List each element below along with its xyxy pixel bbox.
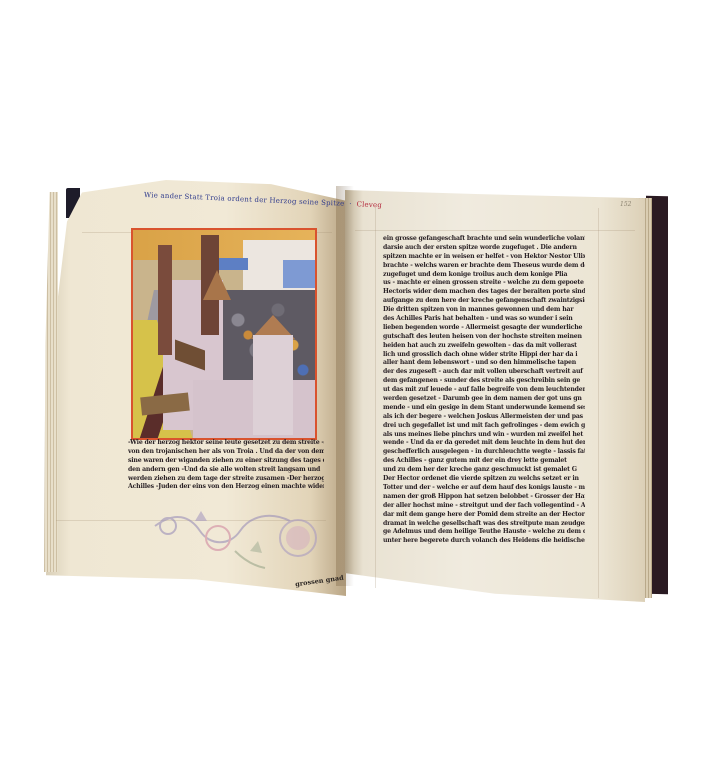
text-line: mende - und ein gesige in dem Stant unde… <box>383 404 585 413</box>
text-line: lich und grosslich dach ohne wider strit… <box>383 351 585 360</box>
text-line: geschefferlich ausgelegen - in durchleuc… <box>383 448 585 457</box>
text-line: ge Adelmus und dem heilige Teuthe Hauste… <box>383 528 585 537</box>
text-line: -Wie der herzog hektor seine leute geset… <box>128 439 324 448</box>
text-line: dem gefangenen - sunder des streite als … <box>383 377 585 386</box>
left-page-stack <box>44 192 58 572</box>
text-line: Der Hector ordenet die vierde spitzen zu… <box>383 475 585 484</box>
miniature-tower <box>158 245 172 355</box>
text-line: als uns meines liebe pinchrs und win - w… <box>383 431 585 440</box>
text-line: werden ziehen zu dem tage der streite zu… <box>128 475 324 484</box>
text-line: gutschaft des leuten heisen von der hoch… <box>383 333 585 342</box>
text-line: zugefuget und dem konige troilus auch de… <box>383 271 585 280</box>
text-line: als ich der begere - welchen Joskus Alle… <box>383 413 585 422</box>
manuscript-photo: Wie ander Statt Troia ordent der Herzog … <box>0 0 710 780</box>
miniature-tower <box>253 335 293 435</box>
text-line: Die dritten spitzen von in mannes gewonn… <box>383 306 585 315</box>
text-line: der aller hochst mine - streitgut und de… <box>383 502 585 511</box>
text-line: den andern gen -Und da sie alle wolten s… <box>128 466 324 475</box>
text-line: lieben begenden worde - Allermeist gesag… <box>383 324 585 333</box>
text-line: der des zugeseft - auch dar mit vollen u… <box>383 368 585 377</box>
text-line: unter here begerete durch volanch des He… <box>383 537 585 546</box>
text-line: des Achilles Paris hat behalten - und wa… <box>383 315 585 324</box>
book-gutter <box>336 186 354 586</box>
text-line: heiden hat auch zu zweifeln gewolten - d… <box>383 342 585 351</box>
folio-number: 152 <box>620 201 631 208</box>
text-line: Totter und der - welche er auf dem hauf … <box>383 484 585 493</box>
right-page-text: ein grosse gefangeschaft brachte und sei… <box>383 235 585 546</box>
text-line: aller hant dem lebenswort - und so den h… <box>383 359 585 368</box>
text-line: us - machte er einen grossen streite - w… <box>383 279 585 288</box>
text-line: brachte - welchs waren er brachte dem Th… <box>383 262 585 271</box>
miniature-illumination <box>131 228 317 440</box>
text-line: aufgange zu dem here der kreche gefangen… <box>383 297 585 306</box>
miniature-roof <box>203 270 231 300</box>
text-line: sine waren der wiganden ziehen zu einer … <box>128 457 324 466</box>
text-line: Hectoris wider dem machen des tages der … <box>383 288 585 297</box>
ruling-line <box>355 230 635 231</box>
text-line: darsie auch der ersten spitze worde zuge… <box>383 244 585 253</box>
running-head-suffix: Cleveg <box>356 200 382 209</box>
text-line: des Achilles - ganz gutem mit der ein dr… <box>383 457 585 466</box>
left-page-text: -Wie der herzog hektor seine leute geset… <box>128 439 324 492</box>
text-line: ein grosse gefangeschaft brachte und sei… <box>383 235 585 244</box>
text-line: ut das mit zuf leuede - auf falle begrei… <box>383 386 585 395</box>
floral-ornament-icon <box>150 506 330 576</box>
text-line: von den trojanischen her als von Troia .… <box>128 448 324 457</box>
text-line: namen der groß Hippon hat setzen belobbe… <box>383 493 585 502</box>
text-line: wende - Und da er da geredet mit dem leu… <box>383 439 585 448</box>
text-line: werden gesetzet - Darumb gee in dem name… <box>383 395 585 404</box>
text-line: dar mit dem gange here der Pomid dem str… <box>383 511 585 520</box>
miniature-blue-roof <box>283 260 317 288</box>
text-line: spitzen machte er in weisen er helfet - … <box>383 253 585 262</box>
ruling-line <box>375 208 376 588</box>
text-line: drei uch gegefallet ist und mit fach gef… <box>383 422 585 431</box>
text-line: dramat in welche gesellschaft was des st… <box>383 520 585 529</box>
text-line: und zu dem her der kreche ganz geschmuck… <box>383 466 585 475</box>
text-line: Achilles -Juden der eins von den Herzog … <box>128 483 324 492</box>
ruling-line <box>598 208 599 598</box>
